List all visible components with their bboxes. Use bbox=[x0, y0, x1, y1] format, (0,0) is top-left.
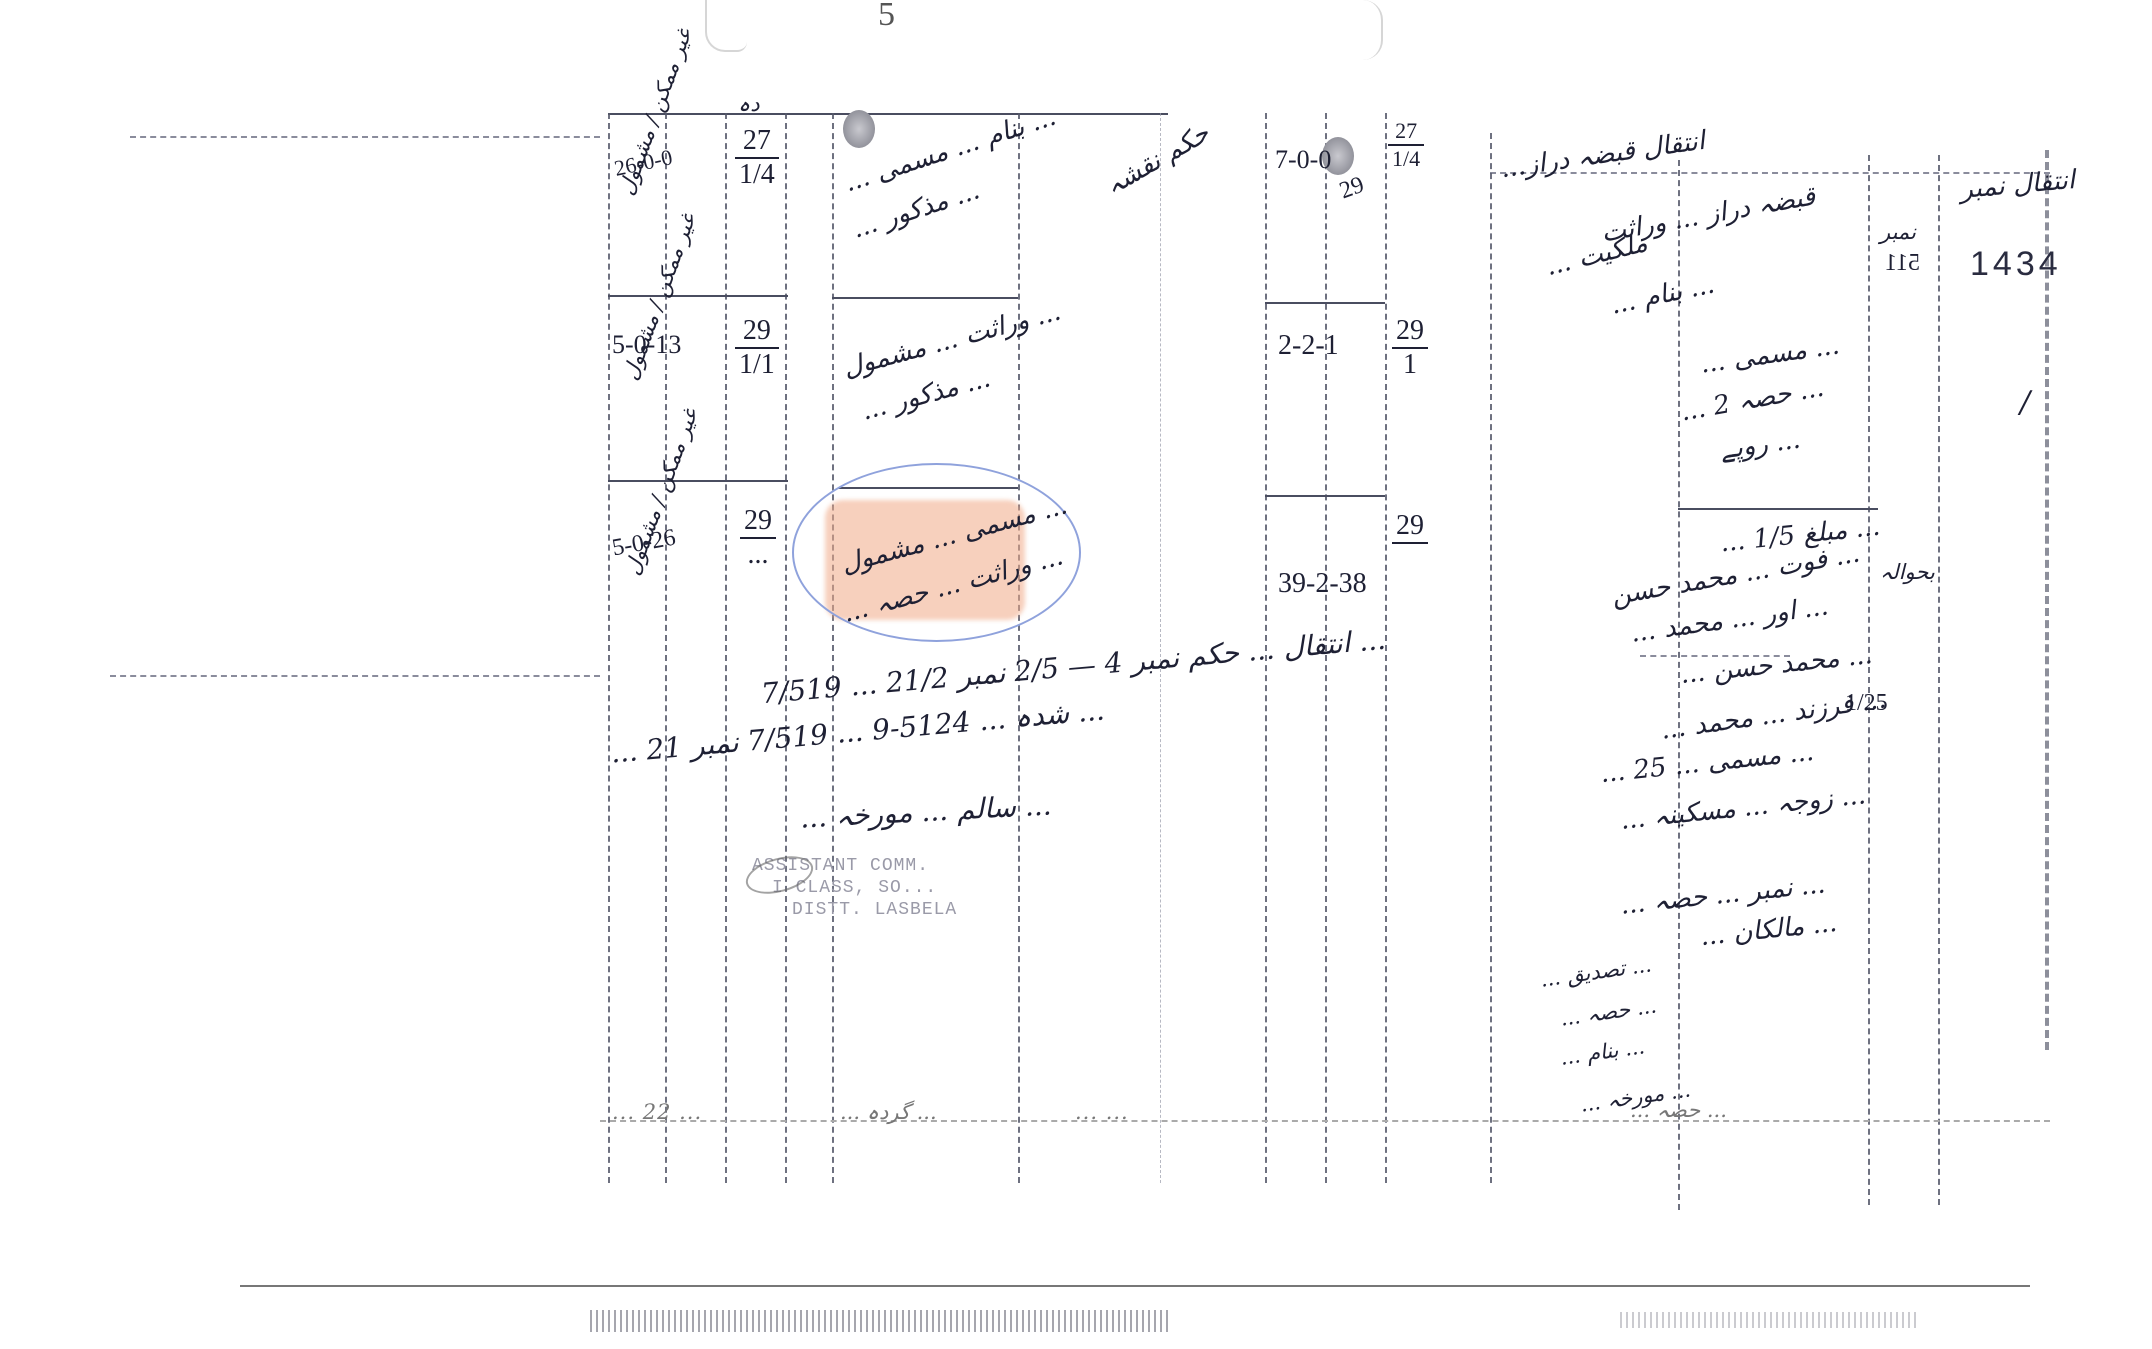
scan-noise-bottom bbox=[590, 1310, 1170, 1332]
bottom-cell-1: ... 22 ... bbox=[612, 1100, 702, 1124]
bottom-cell-4: ... حصہ ... bbox=[1630, 1098, 1727, 1122]
top-scribble-right bbox=[1345, 0, 1383, 60]
mid-row-sep-2 bbox=[1265, 495, 1385, 497]
mid-row1-fraction-bottom: 1/4 bbox=[1388, 146, 1424, 172]
stamp-line-3: DISTT. LASBELA bbox=[752, 899, 957, 921]
left-row2-khata: 291/1 bbox=[735, 315, 779, 381]
page-bottom-rule bbox=[240, 1285, 2030, 1287]
left-row-sep-2 bbox=[608, 480, 788, 482]
left-row1-khata-top: 27 bbox=[735, 125, 779, 159]
col-line-12 bbox=[1678, 160, 1680, 1210]
right-margin-mark: / bbox=[2020, 385, 2031, 420]
right-mutation-sub-label: نمبر bbox=[1880, 220, 1916, 244]
right-row1-line-6: ... روپے bbox=[1718, 425, 1802, 466]
left-row-sep-1 bbox=[608, 295, 788, 297]
bottom-cell-3: ... ... bbox=[1075, 1100, 1129, 1124]
mid-row2-fraction-bottom: 1 bbox=[1392, 349, 1428, 381]
top-small-note: دہ bbox=[738, 92, 760, 116]
mid-row2-fraction-top: 29 bbox=[1392, 315, 1428, 349]
register-entry-number: 1434 bbox=[1970, 245, 2062, 284]
mid-row2-fraction: 291 bbox=[1392, 315, 1428, 381]
table-top-border bbox=[608, 113, 1168, 115]
left-row3-khata-top: 29 bbox=[740, 505, 776, 539]
col-line-15 bbox=[2045, 150, 2049, 1050]
right-row1-line-3: ... بنام ... bbox=[1608, 269, 1717, 320]
right-row2-line-4: ... محمد حسن ... bbox=[1679, 640, 1874, 690]
col-line-14 bbox=[1938, 155, 1940, 1205]
right-row1-heading: انتقال قبضہ دراز... bbox=[1499, 126, 1707, 184]
top-scribble-left bbox=[705, 0, 747, 52]
col-line-13 bbox=[1868, 155, 1870, 1205]
col-line-5 bbox=[832, 113, 834, 1183]
crossing-note-2: ... شدہ ... 5124-9 ... 7/519 نمبر 21 ... bbox=[610, 693, 1106, 769]
col-line-1 bbox=[608, 113, 610, 1183]
left-row2-khata-top: 29 bbox=[735, 315, 779, 349]
right-row4-line-3: ... بنام ... bbox=[1559, 1034, 1646, 1070]
right-row4-line-1: ... تصدیق ... bbox=[1539, 952, 1653, 991]
mid-row1-note: 29 bbox=[1336, 172, 1368, 206]
col-line-4 bbox=[785, 113, 787, 1183]
right-row2-side-label: بحوالہ bbox=[1880, 560, 1935, 584]
right-row2-line-5: ... فرزند ... محمد ... bbox=[1659, 684, 1888, 745]
left-faint-rule-top bbox=[130, 136, 600, 138]
right-row1-line-5: ... حصہ 2 ... bbox=[1678, 373, 1826, 428]
right-row-sep-1 bbox=[1678, 508, 1878, 510]
bottom-cell-2: ... گردہ ... bbox=[840, 1100, 937, 1124]
mid-row-sep-1 bbox=[1265, 302, 1385, 304]
left-row1-khata-bottom: 1/4 bbox=[735, 159, 779, 191]
left-row-sep-1b bbox=[832, 297, 1018, 299]
right-row3-line-2: ... مالکان ... bbox=[1699, 908, 1839, 952]
mid-row2-value: 2-2-1 bbox=[1278, 330, 1339, 362]
bottom-row-rule bbox=[600, 1120, 2050, 1122]
col-line-11 bbox=[1490, 133, 1492, 1183]
left-row3-khata-bottom: ... bbox=[740, 539, 776, 571]
col-line-6 bbox=[1018, 113, 1020, 1183]
col-line-3 bbox=[725, 113, 727, 1183]
right-row2-line-6: ... مسمی ... 25 ... bbox=[1599, 737, 1815, 789]
left-row2-khata-bottom: 1/1 bbox=[735, 349, 779, 381]
scan-noise-bottom-right bbox=[1620, 1312, 1920, 1328]
mid-row3-value: 39-2-38 bbox=[1278, 568, 1367, 600]
left-faint-rule-mid bbox=[110, 675, 600, 677]
left-row1-khata: 271/4 bbox=[735, 125, 779, 191]
page-mark: 5 bbox=[878, 0, 895, 34]
crossing-note-3: ... سالم ... مورخہ ... bbox=[799, 788, 1052, 834]
mid-row1-fraction: 271/4 bbox=[1388, 118, 1424, 172]
right-row4-line-2: ... حصہ ... bbox=[1559, 993, 1658, 1030]
right-mutation-sub-value: 511 bbox=[1885, 250, 1920, 277]
left-row3-khata: 29... bbox=[740, 505, 776, 571]
left-row2-owner-text: ... وراثت ... مشمول bbox=[840, 297, 1064, 384]
right-row1-line-2: ملکیت ... bbox=[1543, 228, 1651, 282]
mid-row1-value: 7-0-0 bbox=[1275, 145, 1331, 175]
header-hukm-naqsha: حکم نقشہ bbox=[1100, 118, 1214, 201]
mid-row1-fraction-top: 27 bbox=[1388, 118, 1424, 146]
mid-row3-fraction-top: 29 bbox=[1392, 510, 1428, 544]
right-row2-line-7: ... زوجہ ... مسکینہ ... bbox=[1619, 780, 1867, 836]
punch-hole-left bbox=[843, 110, 875, 148]
mid-row3-fraction: 29 bbox=[1392, 510, 1428, 544]
